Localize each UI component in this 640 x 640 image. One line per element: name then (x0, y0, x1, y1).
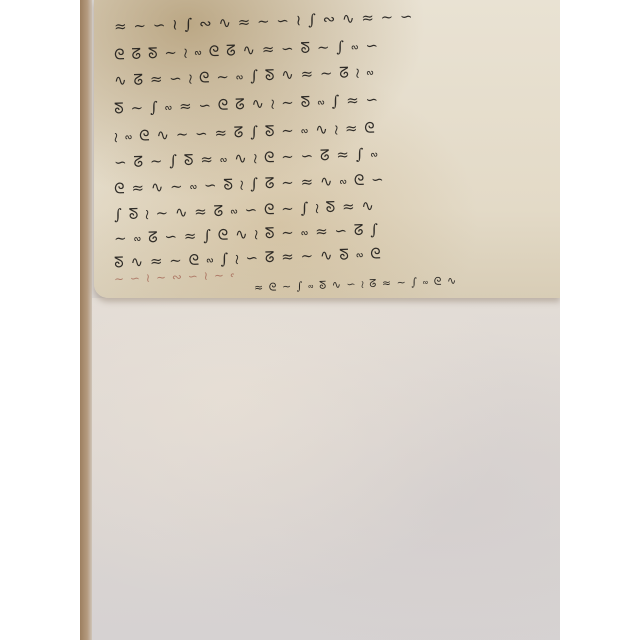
photo-left-edge (80, 0, 92, 640)
script-line: ≈ ~ ∽ ≀ ∫ ∾ ∿ ≈ ~ ∽ ≀ ∫ ∾ ∿ ≈ ~ ∽ (114, 2, 554, 35)
blank-backing-sheet (92, 298, 560, 640)
red-ink-line: ~ ∽ ≀ ~ ∾ ∽ ≀ ~ ∾ ∽ (114, 268, 235, 290)
script-line: ᘕ ~ ∫ ∾ ≈ ∽ ᘓ ᘔ ∿ ≀ ~ ᘕ ∾ ∫ ≈ ∽ (114, 84, 554, 117)
manuscript-leaf: ≈ ~ ∽ ≀ ∫ ∾ ∿ ≈ ~ ∽ ≀ ∫ ∾ ∿ ≈ ~ ∽ ᘓ ᘔ ᘕ … (94, 0, 560, 298)
script-line: ≈ ᘓ ~ ∫ ∾ ᘕ ∿ ∽ ≀ ᘔ ≈ ~ ∫ ∾ ᘓ ∿ (254, 271, 554, 299)
manuscript-photo: ≈ ~ ∽ ≀ ∫ ∾ ∿ ≈ ~ ∽ ≀ ∫ ∾ ∿ ≈ ~ ∽ ᘓ ᘔ ᘕ … (80, 0, 560, 640)
